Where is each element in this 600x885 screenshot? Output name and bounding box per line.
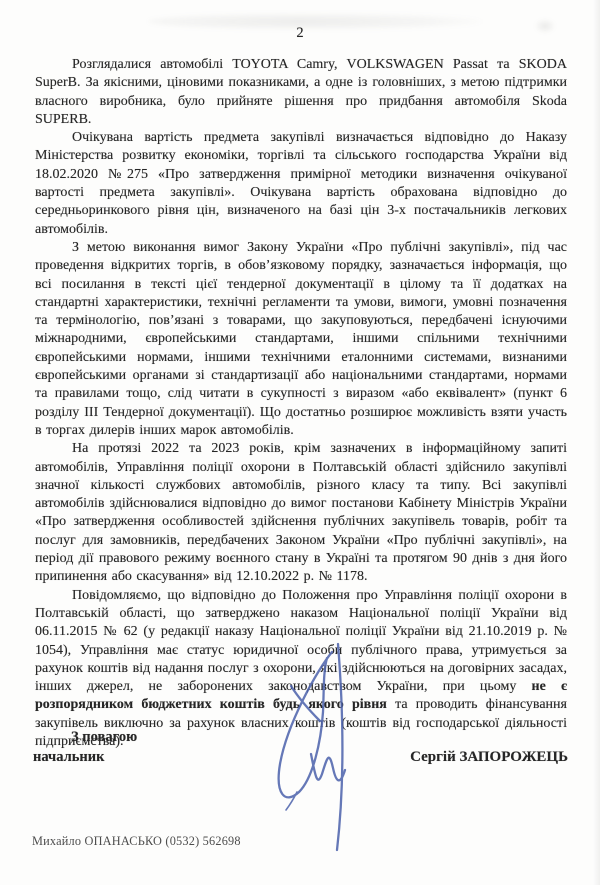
closing-position: начальник [33, 749, 104, 766]
signatory-name: Сергій ЗАПОРОЖЕЦЬ [400, 749, 568, 766]
paragraph-tender-equivalence: З метою виконання вимог Закону України «… [35, 239, 567, 440]
paragraph-funding-status: Повідомляємо, що відповідно до Положення… [35, 587, 567, 752]
paragraph-procurements-2022-2023: На протязі 2022 та 2023 років, крім зазн… [35, 440, 567, 586]
paragraph-expected-value: Очікувана вартість предмета закупівлі ви… [35, 129, 567, 239]
paragraph-cars-considered: Розглядалися автомобілі TOYOTA Camry, VO… [35, 56, 567, 129]
letter-body: Розглядалися автомобілі TOYOTA Camry, VO… [35, 56, 567, 751]
page-number: 2 [0, 25, 600, 42]
funding-status-text-before: Повідомляємо, що відповідно до Положення… [35, 588, 567, 694]
scan-edge-shadow [593, 0, 600, 885]
closing-regards: З повагою [71, 729, 137, 746]
document-page: 2 Розглядалися автомобілі TOYOTA Camry, … [0, 0, 600, 885]
executor-contact: Михайло ОПАНАСЬКО (0532) 562698 [32, 834, 241, 849]
